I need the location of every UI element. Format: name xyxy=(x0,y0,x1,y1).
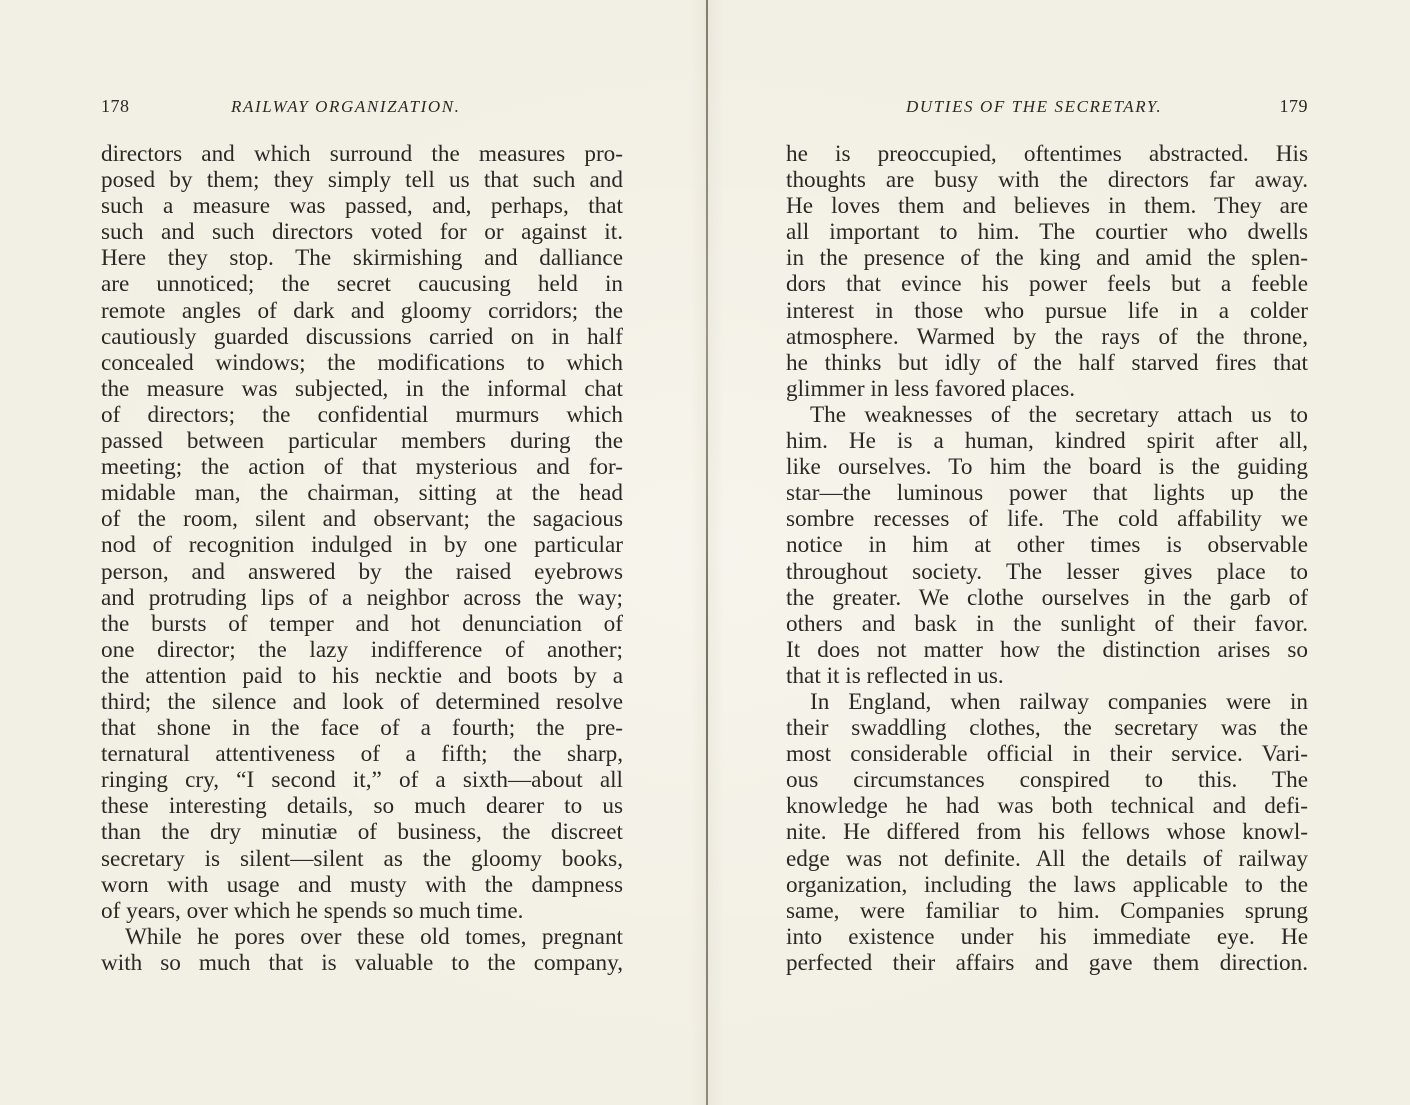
text-line: sombre recesses of life. The cold affabi… xyxy=(786,506,1308,532)
book-spread: 178 RAILWAY ORGANIZATION. directors and … xyxy=(0,0,1410,1105)
text-line: all important to him. The courtier who d… xyxy=(786,219,1308,245)
left-body-text: directors and which surround the measure… xyxy=(101,141,623,976)
text-line: secretary is silent—silent as the gloomy… xyxy=(101,846,623,872)
text-line: The weaknesses of the secretary attach u… xyxy=(786,402,1308,428)
text-line: person, and answered by the raised eyebr… xyxy=(101,559,623,585)
text-line: such a measure was passed, and, perhaps,… xyxy=(101,193,623,219)
left-page: 178 RAILWAY ORGANIZATION. directors and … xyxy=(0,0,706,1105)
text-line: in the presence of the king and amid the… xyxy=(786,245,1308,271)
text-line: notice in him at other times is observab… xyxy=(786,532,1308,558)
text-line: midable man, the chairman, sitting at th… xyxy=(101,480,623,506)
text-line: worn with usage and musty with the dampn… xyxy=(101,872,623,898)
text-line: dors that evince his power feels but a f… xyxy=(786,271,1308,297)
text-line: of the room, silent and observant; the s… xyxy=(101,506,623,532)
text-line: most considerable official in their serv… xyxy=(786,741,1308,767)
text-line: the measure was subjected, in the inform… xyxy=(101,376,623,402)
text-line: atmosphere. Warmed by the rays of the th… xyxy=(786,324,1308,350)
text-line: throughout society. The lesser gives pla… xyxy=(786,559,1308,585)
text-line: nite. He differed from his fellows whose… xyxy=(786,819,1308,845)
text-line: like ourselves. To him the board is the … xyxy=(786,454,1308,480)
text-line: that shone in the face of a fourth; the … xyxy=(101,715,623,741)
text-line: him. He is a human, kindred spirit after… xyxy=(786,428,1308,454)
right-page: DUTIES OF THE SECRETARY. 179 he is preoc… xyxy=(708,0,1410,1105)
text-line: thoughts are busy with the directors far… xyxy=(786,167,1308,193)
text-line: are unnoticed; the secret caucusing held… xyxy=(101,271,623,297)
text-line: perfected their affairs and gave them di… xyxy=(786,950,1308,976)
text-line: than the dry minutiæ of business, the di… xyxy=(101,819,623,845)
right-body-text: he is preoccupied, oftentimes abstracted… xyxy=(786,141,1308,976)
text-line: ternatural attentiveness of a fifth; the… xyxy=(101,741,623,767)
text-line: passed between particular members during… xyxy=(101,428,623,454)
right-running-head: DUTIES OF THE SECRETARY. 179 xyxy=(786,96,1308,120)
text-line: posed by them; they simply tell us that … xyxy=(101,167,623,193)
text-line: same, were familiar to him. Companies sp… xyxy=(786,898,1308,924)
running-head-title: RAILWAY ORGANIZATION. xyxy=(231,97,461,117)
text-line: He loves them and believes in them. They… xyxy=(786,193,1308,219)
text-line: the bursts of temper and hot denunciatio… xyxy=(101,611,623,637)
text-line: Here they stop. The skirmishing and dall… xyxy=(101,245,623,271)
text-line: with so much that is valuable to the com… xyxy=(101,950,623,976)
text-line: he is preoccupied, oftentimes abstracted… xyxy=(786,141,1308,167)
text-line: directors and which surround the measure… xyxy=(101,141,623,167)
text-line: third; the silence and look of determine… xyxy=(101,689,623,715)
running-head-title: DUTIES OF THE SECRETARY. xyxy=(906,97,1162,117)
text-line: knowledge he had was both technical and … xyxy=(786,793,1308,819)
text-line: into existence under his immediate eye. … xyxy=(786,924,1308,950)
text-line: these interesting details, so much deare… xyxy=(101,793,623,819)
text-line: edge was not definite. All the details o… xyxy=(786,846,1308,872)
text-line: meeting; the action of that mysterious a… xyxy=(101,454,623,480)
text-line: star—the luminous power that lights up t… xyxy=(786,480,1308,506)
page-number: 178 xyxy=(101,96,130,117)
text-line: he thinks but idly of the half starved f… xyxy=(786,350,1308,376)
text-line: In England, when railway companies were … xyxy=(786,689,1308,715)
text-line: one director; the lazy indifference of a… xyxy=(101,637,623,663)
text-line: such and such directors voted for or aga… xyxy=(101,219,623,245)
text-line: While he pores over these old tomes, pre… xyxy=(101,924,623,950)
text-line: others and bask in the sunlight of their… xyxy=(786,611,1308,637)
text-line: of directors; the confidential murmurs w… xyxy=(101,402,623,428)
left-running-head: 178 RAILWAY ORGANIZATION. xyxy=(101,96,623,120)
text-line: cautiously guarded discussions carried o… xyxy=(101,324,623,350)
text-line: ringing cry, “I second it,” of a sixth—a… xyxy=(101,767,623,793)
text-line: organization, including the laws applica… xyxy=(786,872,1308,898)
text-line: of years, over which he spends so much t… xyxy=(101,898,623,924)
text-line: remote angles of dark and gloomy corrido… xyxy=(101,298,623,324)
text-line: It does not matter how the distinction a… xyxy=(786,637,1308,663)
text-line: that it is reflected in us. xyxy=(786,663,1308,689)
text-line: concealed windows; the modifications to … xyxy=(101,350,623,376)
text-line: their swaddling clothes, the secretary w… xyxy=(786,715,1308,741)
text-line: ous circumstances conspired to this. The xyxy=(786,767,1308,793)
text-line: glimmer in less favored places. xyxy=(786,376,1308,402)
text-line: and protruding lips of a neighbor across… xyxy=(101,585,623,611)
page-number: 179 xyxy=(1280,96,1309,117)
text-line: the greater. We clothe ourselves in the … xyxy=(786,585,1308,611)
text-line: nod of recognition indulged in by one pa… xyxy=(101,532,623,558)
text-line: the attention paid to his necktie and bo… xyxy=(101,663,623,689)
text-line: interest in those who pursue life in a c… xyxy=(786,298,1308,324)
